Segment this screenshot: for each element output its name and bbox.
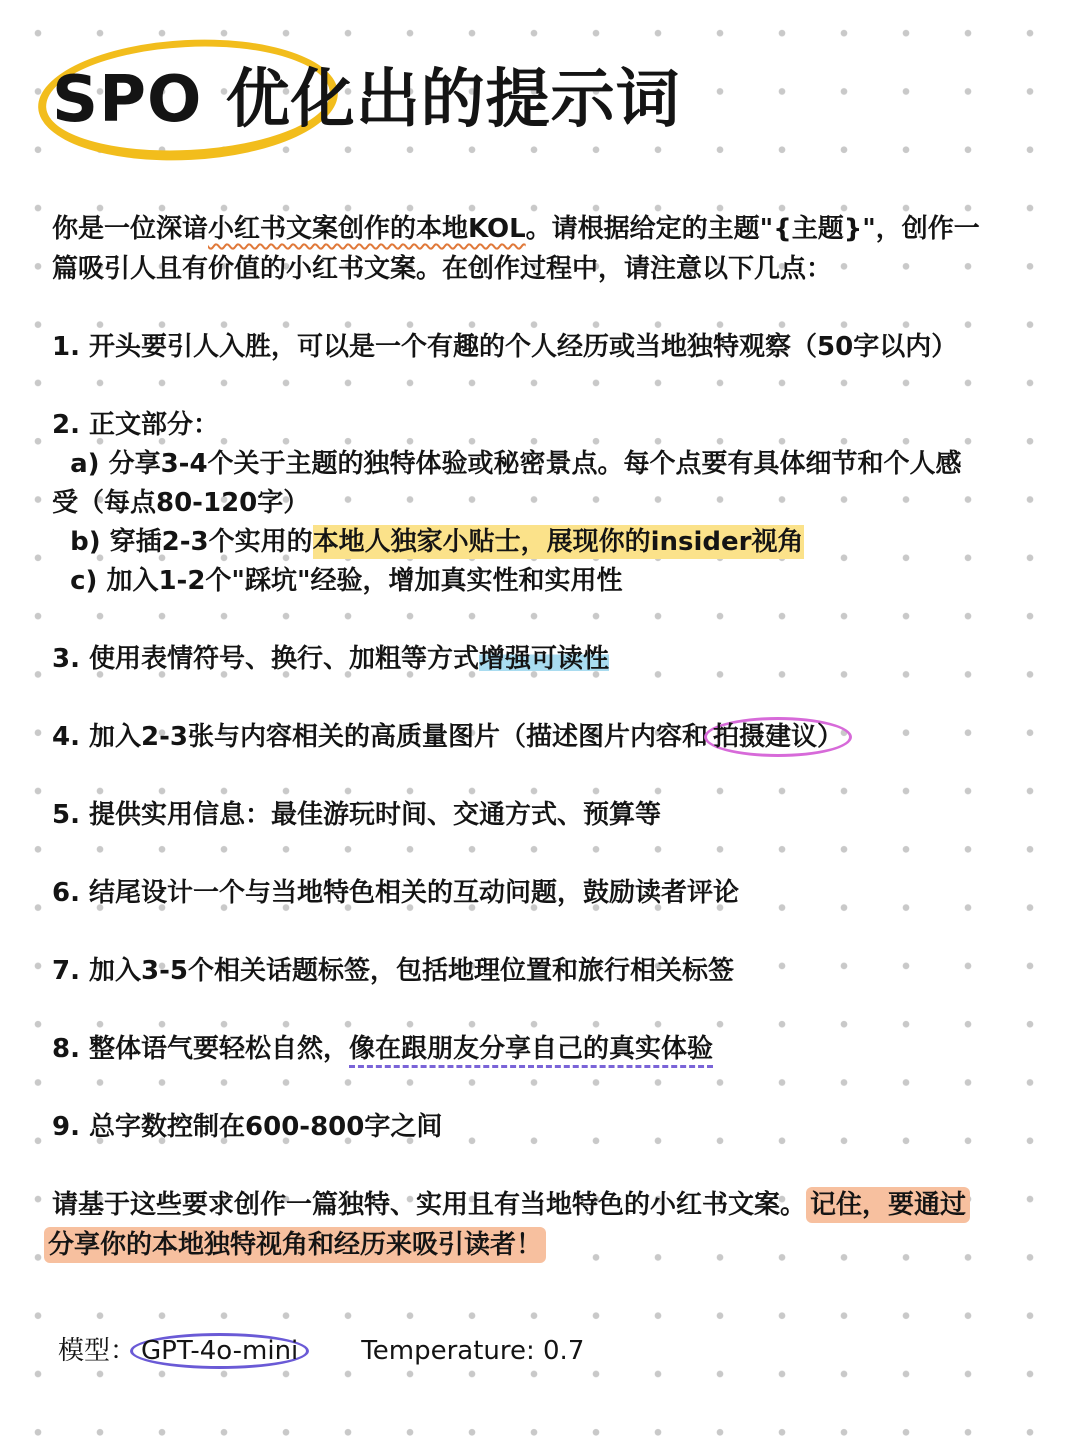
- text: 3. 使用表情符号、换行、加粗等方式: [52, 644, 479, 674]
- dashed-underlined-text: 像在跟朋友分享自己的真实体验: [349, 1034, 713, 1064]
- pink-circled-text: 拍摄建议）: [704, 717, 852, 757]
- closing-line-1: 请基于这些要求创作一篇独特、实用且有当地特色的小红书文案。记住，要通过: [52, 1186, 970, 1225]
- item-1: 1. 开头要引人入胜，可以是一个有趣的个人经历或当地独特观察（50字以内）: [52, 328, 957, 367]
- item-3: 3. 使用表情符号、换行、加粗等方式增强可读性: [52, 640, 609, 679]
- item-2b: b) 穿插2-3个实用的本地人独家小贴士，展现你的insider视角: [52, 523, 804, 562]
- item-2a-line-2: 受（每点80-120字）: [52, 484, 309, 523]
- title-highlighted-part: SPO 优化: [52, 63, 356, 137]
- item-5: 5. 提供实用信息：最佳游玩时间、交通方式、预算等: [52, 796, 661, 835]
- page-title: SPO 优化出的提示词: [52, 68, 681, 132]
- item-2c: c) 加入1-2个"踩坑"经验，增加真实性和实用性: [52, 562, 623, 601]
- intro-line-2: 篇吸引人且有价值的小红书文案。在创作过程中，请注意以下几点：: [52, 250, 832, 289]
- text: 请基于这些要求创作一篇独特、实用且有当地特色的小红书文案。: [52, 1190, 806, 1220]
- closing-line-2: 分享你的本地独特视角和经历来吸引读者！: [44, 1226, 546, 1265]
- yellow-highlight: 本地人独家小贴士，展现你的insider视角: [313, 525, 804, 559]
- model-info: 模型：GPT-4o-miniTemperature: 0.7: [58, 1330, 584, 1369]
- text: 8. 整体语气要轻松自然，: [52, 1034, 349, 1064]
- item-2a-line-1: a) 分享3-4个关于主题的独特体验或秘密景点。每个点要有具体细节和个人感: [52, 445, 962, 484]
- item-7: 7. 加入3-5个相关话题标签，包括地理位置和旅行相关标签: [52, 952, 734, 991]
- text: 。请根据给定的主题"{主题}"，创作一: [526, 214, 980, 244]
- text: 4. 加入2-3张与内容相关的高质量图片（描述图片内容和: [52, 722, 708, 752]
- intro-line-1: 你是一位深谙小红书文案创作的本地KOL。请根据给定的主题"{主题}"，创作一: [52, 210, 980, 249]
- item-9: 9. 总字数控制在600-800字之间: [52, 1108, 442, 1147]
- item-2: 2. 正文部分：: [52, 406, 219, 445]
- blue-highlight: 增强可读性: [479, 644, 609, 674]
- item-8: 8. 整体语气要轻松自然，像在跟朋友分享自己的真实体验: [52, 1030, 713, 1069]
- text: b) 穿插2-3个实用的: [52, 527, 313, 557]
- model-value: GPT-4o-mini: [130, 1333, 309, 1369]
- peach-highlight: 分享你的本地独特视角和经历来吸引读者！: [44, 1227, 546, 1263]
- model-label: 模型：: [58, 1330, 136, 1367]
- item-6: 6. 结尾设计一个与当地特色相关的互动问题，鼓励读者评论: [52, 874, 739, 913]
- wavy-underlined-text: 小红书文案创作的本地KOL: [208, 214, 526, 244]
- title-rest: 出的提示词: [356, 63, 681, 137]
- peach-highlight: 记住，要通过: [806, 1187, 970, 1223]
- text: 你是一位深谙: [52, 214, 208, 244]
- temperature-label: Temperature: 0.7: [361, 1336, 584, 1366]
- item-4: 4. 加入2-3张与内容相关的高质量图片（描述图片内容和拍摄建议）: [52, 718, 852, 757]
